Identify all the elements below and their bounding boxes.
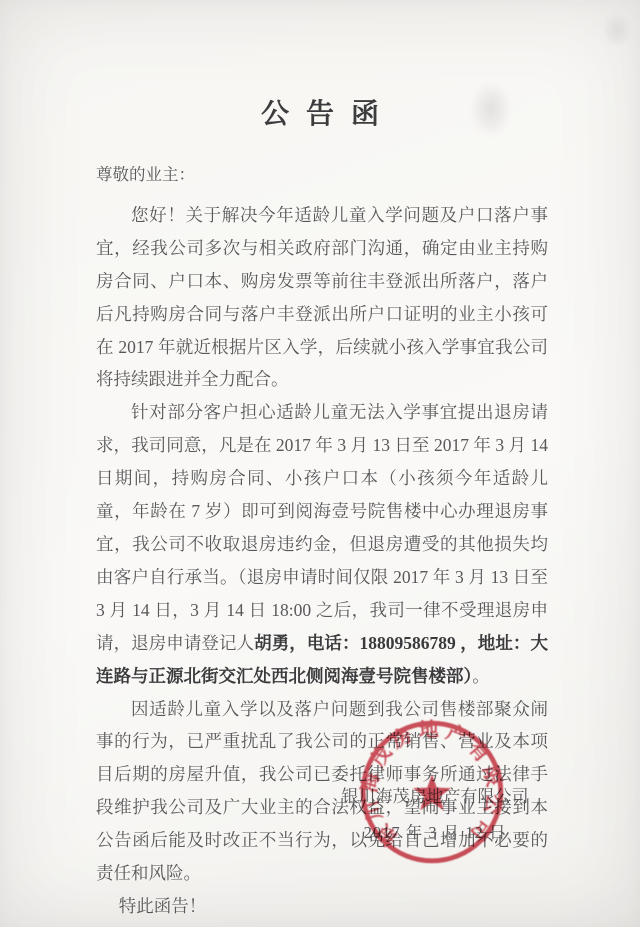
document-title: 公 告 函 (0, 92, 640, 132)
paragraph-text: 您好！关于解决今年适龄儿童入学问题及户口落户事宜，经我公司多次与相关政府部门沟通… (96, 205, 548, 390)
document-photo: 公 告 函 尊敬的业主： 您好！关于解决今年适龄儿童入学问题及户口落户事宜，经我… (0, 0, 640, 927)
paragraph: 针对部分客户担心适龄儿童无法入学事宜提出退房请求，我司同意，凡是在 2017 年… (96, 396, 548, 692)
seal-star-icon (413, 774, 451, 810)
closing-line: 特此函告！ (96, 890, 548, 923)
paragraph-text: 。 (472, 666, 490, 686)
paragraph-text: 针对部分客户担心适龄儿童无法入学事宜提出退房请求，我司同意，凡是在 2017 年… (96, 402, 548, 652)
photo-smudge (596, 6, 638, 54)
company-seal: 银川海茂房地产有限公司 (358, 716, 506, 868)
paragraph: 您好！关于解决今年适龄儿童入学问题及户口落户事宜，经我公司多次与相关政府部门沟通… (96, 199, 548, 396)
salutation: 尊敬的业主： (96, 159, 548, 192)
